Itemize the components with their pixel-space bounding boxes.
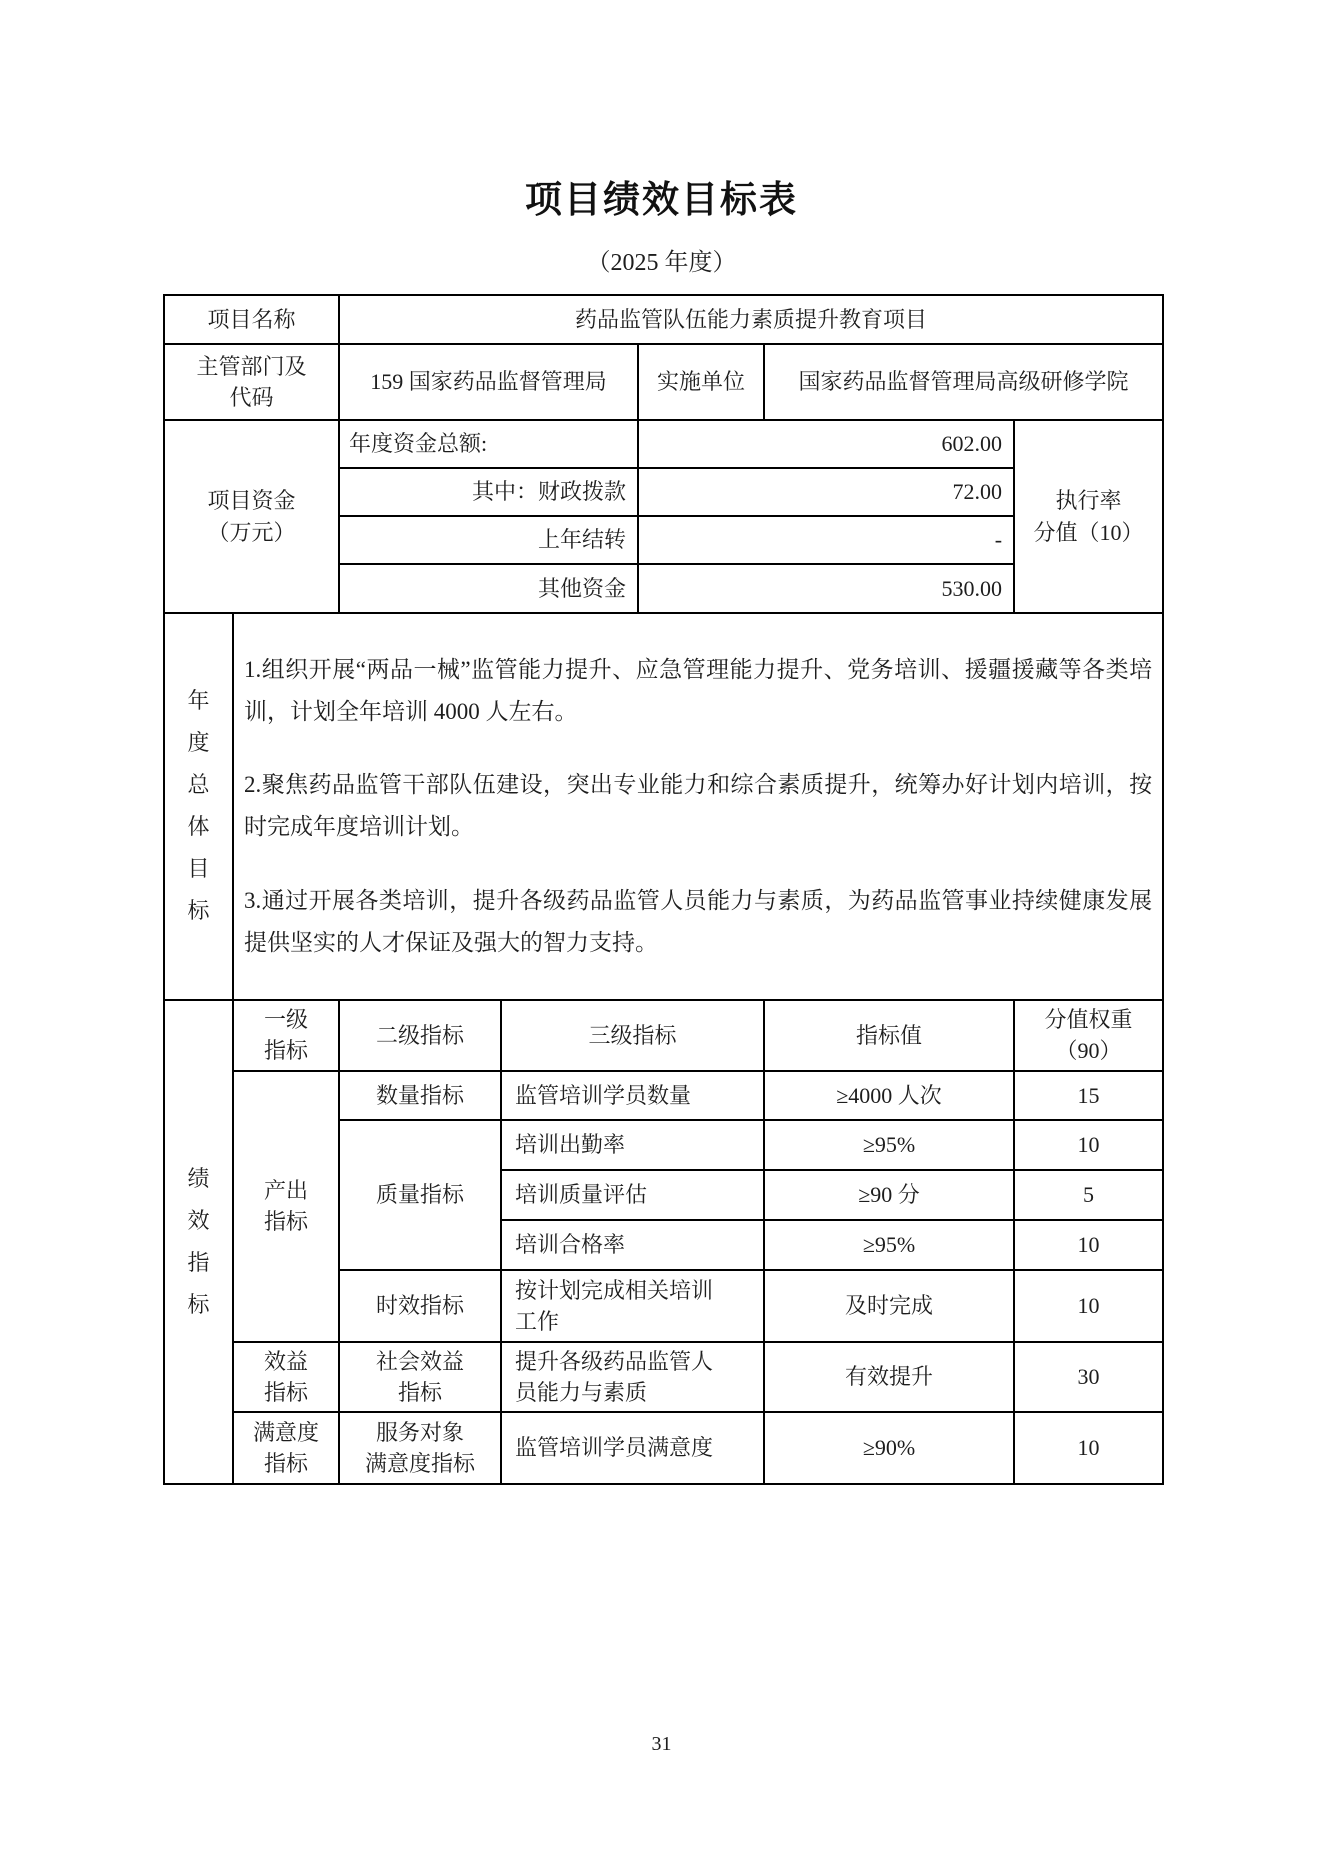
goal-item-2: 2.聚焦药品监管干部队伍建设，突出专业能力和综合素质提升，统筹办好计划内培训，按… [244,764,1152,848]
level3-quality-eval: 培训质量评估 [501,1170,764,1220]
funding-carryover-value: - [638,516,1014,564]
header-weight: 分值权重 （90） [1014,1000,1163,1071]
level2-timeliness: 时效指标 [339,1270,501,1342]
header-level2: 二级指标 [339,1000,501,1071]
level3-attendance: 培训出勤率 [501,1120,764,1170]
weight-trainee-count: 15 [1014,1071,1163,1120]
indicators-section-label: 绩 效 指 标 [164,1000,233,1484]
project-name-value: 药品监管队伍能力素质提升教育项目 [339,295,1163,344]
exec-rate-label: 执行率 分值（10） [1014,420,1163,613]
table-row: 项目名称 药品监管队伍能力素质提升教育项目 [164,295,1163,344]
goal-item-3: 3.通过开展各类培训，提升各级药品监管人员能力与素质，为药品监管事业持续健康发展… [244,880,1152,964]
level3-capability-improve: 提升各级药品监管人 员能力与素质 [501,1342,764,1412]
level3-pass-rate: 培训合格率 [501,1220,764,1270]
table-row: 效益 指标 社会效益 指标 提升各级药品监管人 员能力与素质 有效提升 30 [164,1342,1163,1412]
weight-pass-rate: 10 [1014,1220,1163,1270]
project-name-label: 项目名称 [164,295,339,344]
annual-goals-section-label: 年 度 总 体 目 标 [164,613,233,1000]
funding-other-value: 530.00 [638,564,1014,613]
value-trainee-count: ≥4000 人次 [764,1071,1014,1120]
weight-quality-eval: 5 [1014,1170,1163,1220]
funding-fiscal-label: 其中：财政拨款 [339,468,638,516]
table-row: 满意度 指标 服务对象 满意度指标 监管培训学员满意度 ≥90% 10 [164,1412,1163,1484]
page-title: 项目绩效目标表 [0,179,1323,221]
table-row: 绩 效 指 标 一级 指标 二级指标 三级指标 指标值 分值权重 （90） [164,1000,1163,1071]
level3-on-schedule: 按计划完成相关培训 工作 [501,1270,764,1342]
page-subtitle: （2025 年度） [0,246,1323,280]
level1-output: 产出 指标 [233,1071,339,1342]
weight-trainee-satisfaction: 10 [1014,1412,1163,1484]
header-level1: 一级 指标 [233,1000,339,1071]
funding-carryover-label: 上年结转 [339,516,638,564]
funding-total-value: 602.00 [638,420,1014,468]
table-row: 主管部门及 代码 159 国家药品监督管理局 实施单位 国家药品监督管理局高级研… [164,344,1163,420]
impl-unit-label: 实施单位 [638,344,764,420]
performance-target-table: 项目名称 药品监管队伍能力素质提升教育项目 主管部门及 代码 159 国家药品监… [163,294,1164,1485]
value-quality-eval: ≥90 分 [764,1170,1014,1220]
weight-attendance: 10 [1014,1120,1163,1170]
funding-section-label: 项目资金 （万元） [164,420,339,613]
table-row: 项目资金 （万元） 年度资金总额: 602.00 执行率 分值（10） [164,420,1163,468]
table-row: 年 度 总 体 目 标 1.组织开展“两品一械”监管能力提升、应急管理能力提升、… [164,613,1163,1000]
value-attendance: ≥95% [764,1120,1014,1170]
weight-on-schedule: 10 [1014,1270,1163,1342]
level3-trainee-satisfaction: 监管培训学员满意度 [501,1412,764,1484]
level3-trainee-count: 监管培训学员数量 [501,1071,764,1120]
level2-service-satisfaction: 服务对象 满意度指标 [339,1412,501,1484]
value-pass-rate: ≥95% [764,1220,1014,1270]
value-trainee-satisfaction: ≥90% [764,1412,1014,1484]
funding-total-label: 年度资金总额: [339,420,638,468]
value-on-schedule: 及时完成 [764,1270,1014,1342]
level1-satisfaction: 满意度 指标 [233,1412,339,1484]
goal-item-1: 1.组织开展“两品一械”监管能力提升、应急管理能力提升、党务培训、援疆援藏等各类… [244,649,1152,733]
impl-unit-value: 国家药品监督管理局高级研修学院 [764,344,1163,420]
weight-capability-improve: 30 [1014,1342,1163,1412]
table-row: 产出 指标 数量指标 监管培训学员数量 ≥4000 人次 15 [164,1071,1163,1120]
dept-label: 主管部门及 代码 [164,344,339,420]
dept-value: 159 国家药品监督管理局 [339,344,638,420]
funding-fiscal-value: 72.00 [638,468,1014,516]
funding-other-label: 其他资金 [339,564,638,613]
level2-social-benefit: 社会效益 指标 [339,1342,501,1412]
level2-quantity: 数量指标 [339,1071,501,1120]
level1-benefit: 效益 指标 [233,1342,339,1412]
value-capability-improve: 有效提升 [764,1342,1014,1412]
document-page: { "page": { "title": "项目绩效目标表", "subtitl… [0,0,1323,1871]
header-level3: 三级指标 [501,1000,764,1071]
header-value: 指标值 [764,1000,1014,1071]
page-number: 31 [0,1733,1323,1756]
level2-quality: 质量指标 [339,1120,501,1270]
annual-goals-text: 1.组织开展“两品一械”监管能力提升、应急管理能力提升、党务培训、援疆援藏等各类… [233,613,1163,1000]
